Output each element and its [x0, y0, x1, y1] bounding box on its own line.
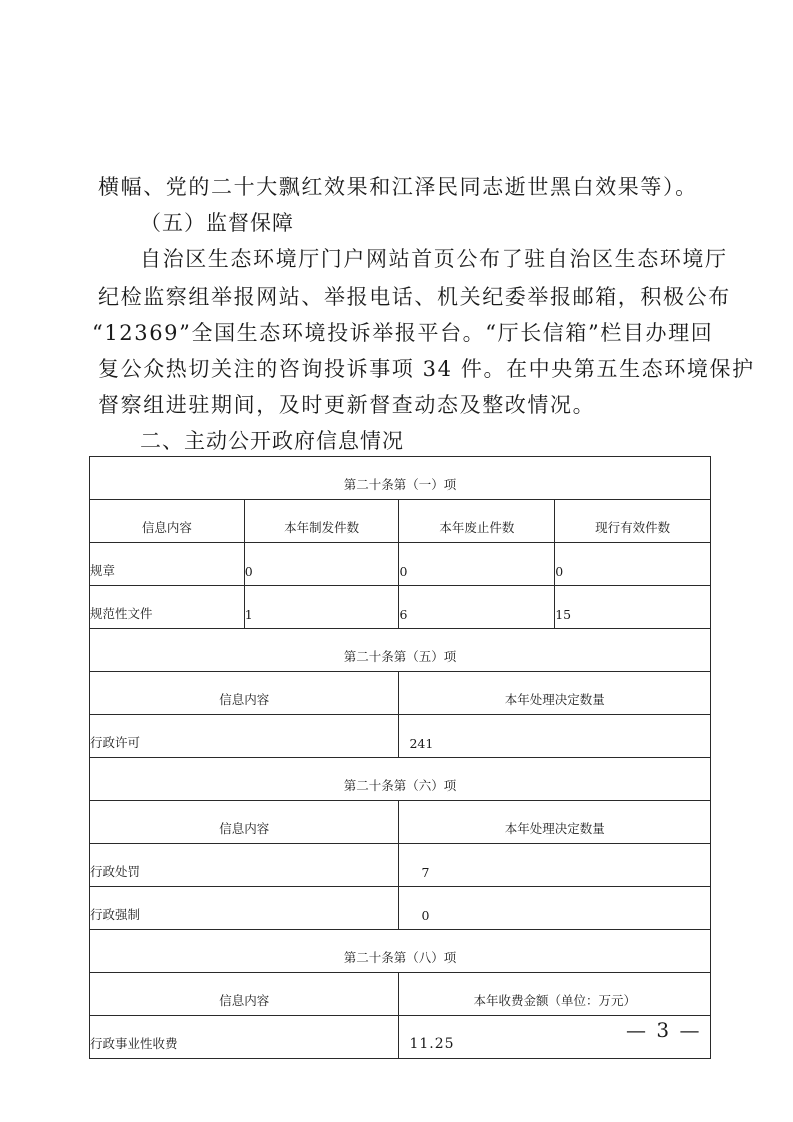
section-title-row: 第二十条第（五）项 — [90, 629, 711, 672]
info-disclosure-table: 第二十条第（一）项 信息内容 本年制发件数 本年废止件数 现行有效件数 规章 0… — [89, 456, 711, 1059]
table-cell: 行政事业性收费 — [90, 1016, 399, 1059]
table-row: 规范性文件 1 6 15 — [90, 586, 711, 629]
column-header: 本年制发件数 — [244, 500, 399, 543]
table-header-row: 信息内容 本年处理决定数量 — [90, 801, 711, 844]
table-row: 行政强制 0 — [90, 887, 711, 930]
section-title: 第二十条第（八）项 — [90, 930, 711, 973]
table-cell: 规范性文件 — [90, 586, 245, 629]
section-title-row: 第二十条第（六）项 — [90, 758, 711, 801]
section-title: 第二十条第（五）项 — [90, 629, 711, 672]
table-row: 行政许可 241 — [90, 715, 711, 758]
paragraph-line: 复公众热切关注的咨询投诉事项 34 件。在中央第五生态环境保护 — [98, 354, 708, 384]
chapter-heading: 二、主动公开政府信息情况 — [140, 426, 750, 456]
column-header: 现行有效件数 — [555, 500, 711, 543]
table-cell: 行政强制 — [90, 887, 399, 930]
column-header: 信息内容 — [90, 672, 399, 715]
column-header: 信息内容 — [90, 801, 399, 844]
column-header: 信息内容 — [90, 973, 399, 1016]
column-header: 本年收费金额（单位：万元） — [399, 973, 711, 1016]
table-cell: 规章 — [90, 543, 245, 586]
section-heading-supervision: （五）监督保障 — [140, 208, 750, 238]
paragraph-line: 纪检监察组举报网站、举报电话、机关纪委举报邮箱，积极公布 — [98, 282, 708, 312]
section-title-row: 第二十条第（一）项 — [90, 457, 711, 500]
table-cell: 0 — [399, 543, 555, 586]
paragraph-line: 横幅、党的二十大飘红效果和江泽民同志逝世黑白效果等）。 — [98, 172, 708, 202]
paragraph-line: 自治区生态环境厅门户网站首页公布了驻自治区生态环境厅 — [140, 244, 750, 274]
column-header: 本年处理决定数量 — [399, 801, 711, 844]
table-cell: 0 — [399, 887, 711, 930]
column-header: 本年废止件数 — [399, 500, 555, 543]
table-row: 行政处罚 7 — [90, 844, 711, 887]
table-cell: 0 — [555, 543, 711, 586]
table-cell: 6 — [399, 586, 555, 629]
table-row: 规章 0 0 0 — [90, 543, 711, 586]
section-title: 第二十条第（六）项 — [90, 758, 711, 801]
table-header-row: 信息内容 本年制发件数 本年废止件数 现行有效件数 — [90, 500, 711, 543]
column-header: 本年处理决定数量 — [399, 672, 711, 715]
paragraph-line: “12369”全国生态环境投诉举报平台。“厅长信箱”栏目办理回 — [92, 318, 702, 348]
table-cell: 241 — [399, 715, 711, 758]
table-row: 行政事业性收费 11.25 — [90, 1016, 711, 1059]
table-header-row: 信息内容 本年处理决定数量 — [90, 672, 711, 715]
table-cell: 0 — [244, 543, 399, 586]
table-header-row: 信息内容 本年收费金额（单位：万元） — [90, 973, 711, 1016]
column-header: 信息内容 — [90, 500, 245, 543]
table-cell: 行政处罚 — [90, 844, 399, 887]
paragraph-line: 督察组进驻期间，及时更新督查动态及整改情况。 — [98, 390, 708, 420]
section-title-row: 第二十条第（八）项 — [90, 930, 711, 973]
page-number: — 3 — — [626, 1018, 701, 1042]
table-cell: 行政许可 — [90, 715, 399, 758]
table-cell: 7 — [399, 844, 711, 887]
section-title: 第二十条第（一）项 — [90, 457, 711, 500]
table-cell: 15 — [555, 586, 711, 629]
table-cell: 1 — [244, 586, 399, 629]
